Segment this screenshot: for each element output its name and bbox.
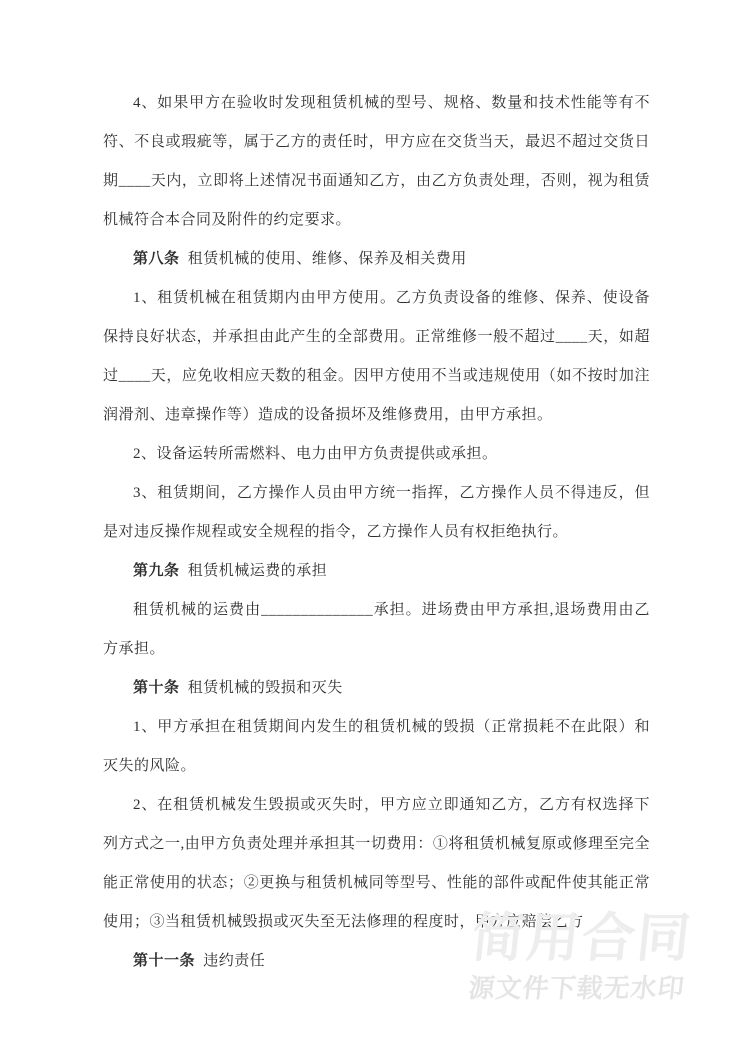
section-heading-title: 租赁机械的毁损和灭失 [188,680,343,696]
section-heading-number: 第八条 [133,251,180,267]
section-heading-title: 租赁机械的使用、维修、保养及相关费用 [188,251,467,267]
watermark-brand-text: 简用合同 [469,912,695,965]
section-heading-number: 第九条 [133,563,180,579]
section-heading-title: 租赁机械运费的承担 [188,563,328,579]
contract-paragraph: 1、甲方承担在租赁期间内发生的租赁机械的毁损（正常损耗不在此限）和灭失的风险。 [103,708,650,786]
watermark: 简用合同 源文件下载无水印 [465,912,694,1001]
watermark-subtitle-text: 源文件下载无水印 [465,975,688,1001]
contract-paragraph: 2、设备运转所需燃料、电力由甲方负责提供或承担。 [103,435,650,474]
section-heading-article-9: 第九条租赁机械运费的承担 [103,552,650,591]
section-heading-number: 第十条 [133,680,180,696]
contract-paragraph: 3、租赁期间，乙方操作人员由甲方统一指挥，乙方操作人员不得违反，但是对违反操作规… [103,474,650,552]
section-heading-article-10: 第十条租赁机械的毁损和灭失 [103,669,650,708]
section-heading-number: 第十一条 [133,953,195,969]
contract-document-page: 4、如果甲方在验收时发现租赁机械的型号、规格、数量和技术性能等有不符、不良或瑕疵… [0,0,742,1049]
contract-body: 4、如果甲方在验收时发现租赁机械的型号、规格、数量和技术性能等有不符、不良或瑕疵… [103,84,650,981]
contract-paragraph: 4、如果甲方在验收时发现租赁机械的型号、规格、数量和技术性能等有不符、不良或瑕疵… [103,84,650,240]
contract-paragraph: 1、租赁机械在租赁期内由甲方使用。乙方负责设备的维修、保养、使设备保持良好状态，… [103,279,650,435]
section-heading-title: 违约责任 [203,953,265,969]
section-heading-article-8: 第八条租赁机械的使用、维修、保养及相关费用 [103,240,650,279]
contract-paragraph: 租赁机械的运费由______________承担。进场费由甲方承担,退场费用由乙… [103,591,650,669]
